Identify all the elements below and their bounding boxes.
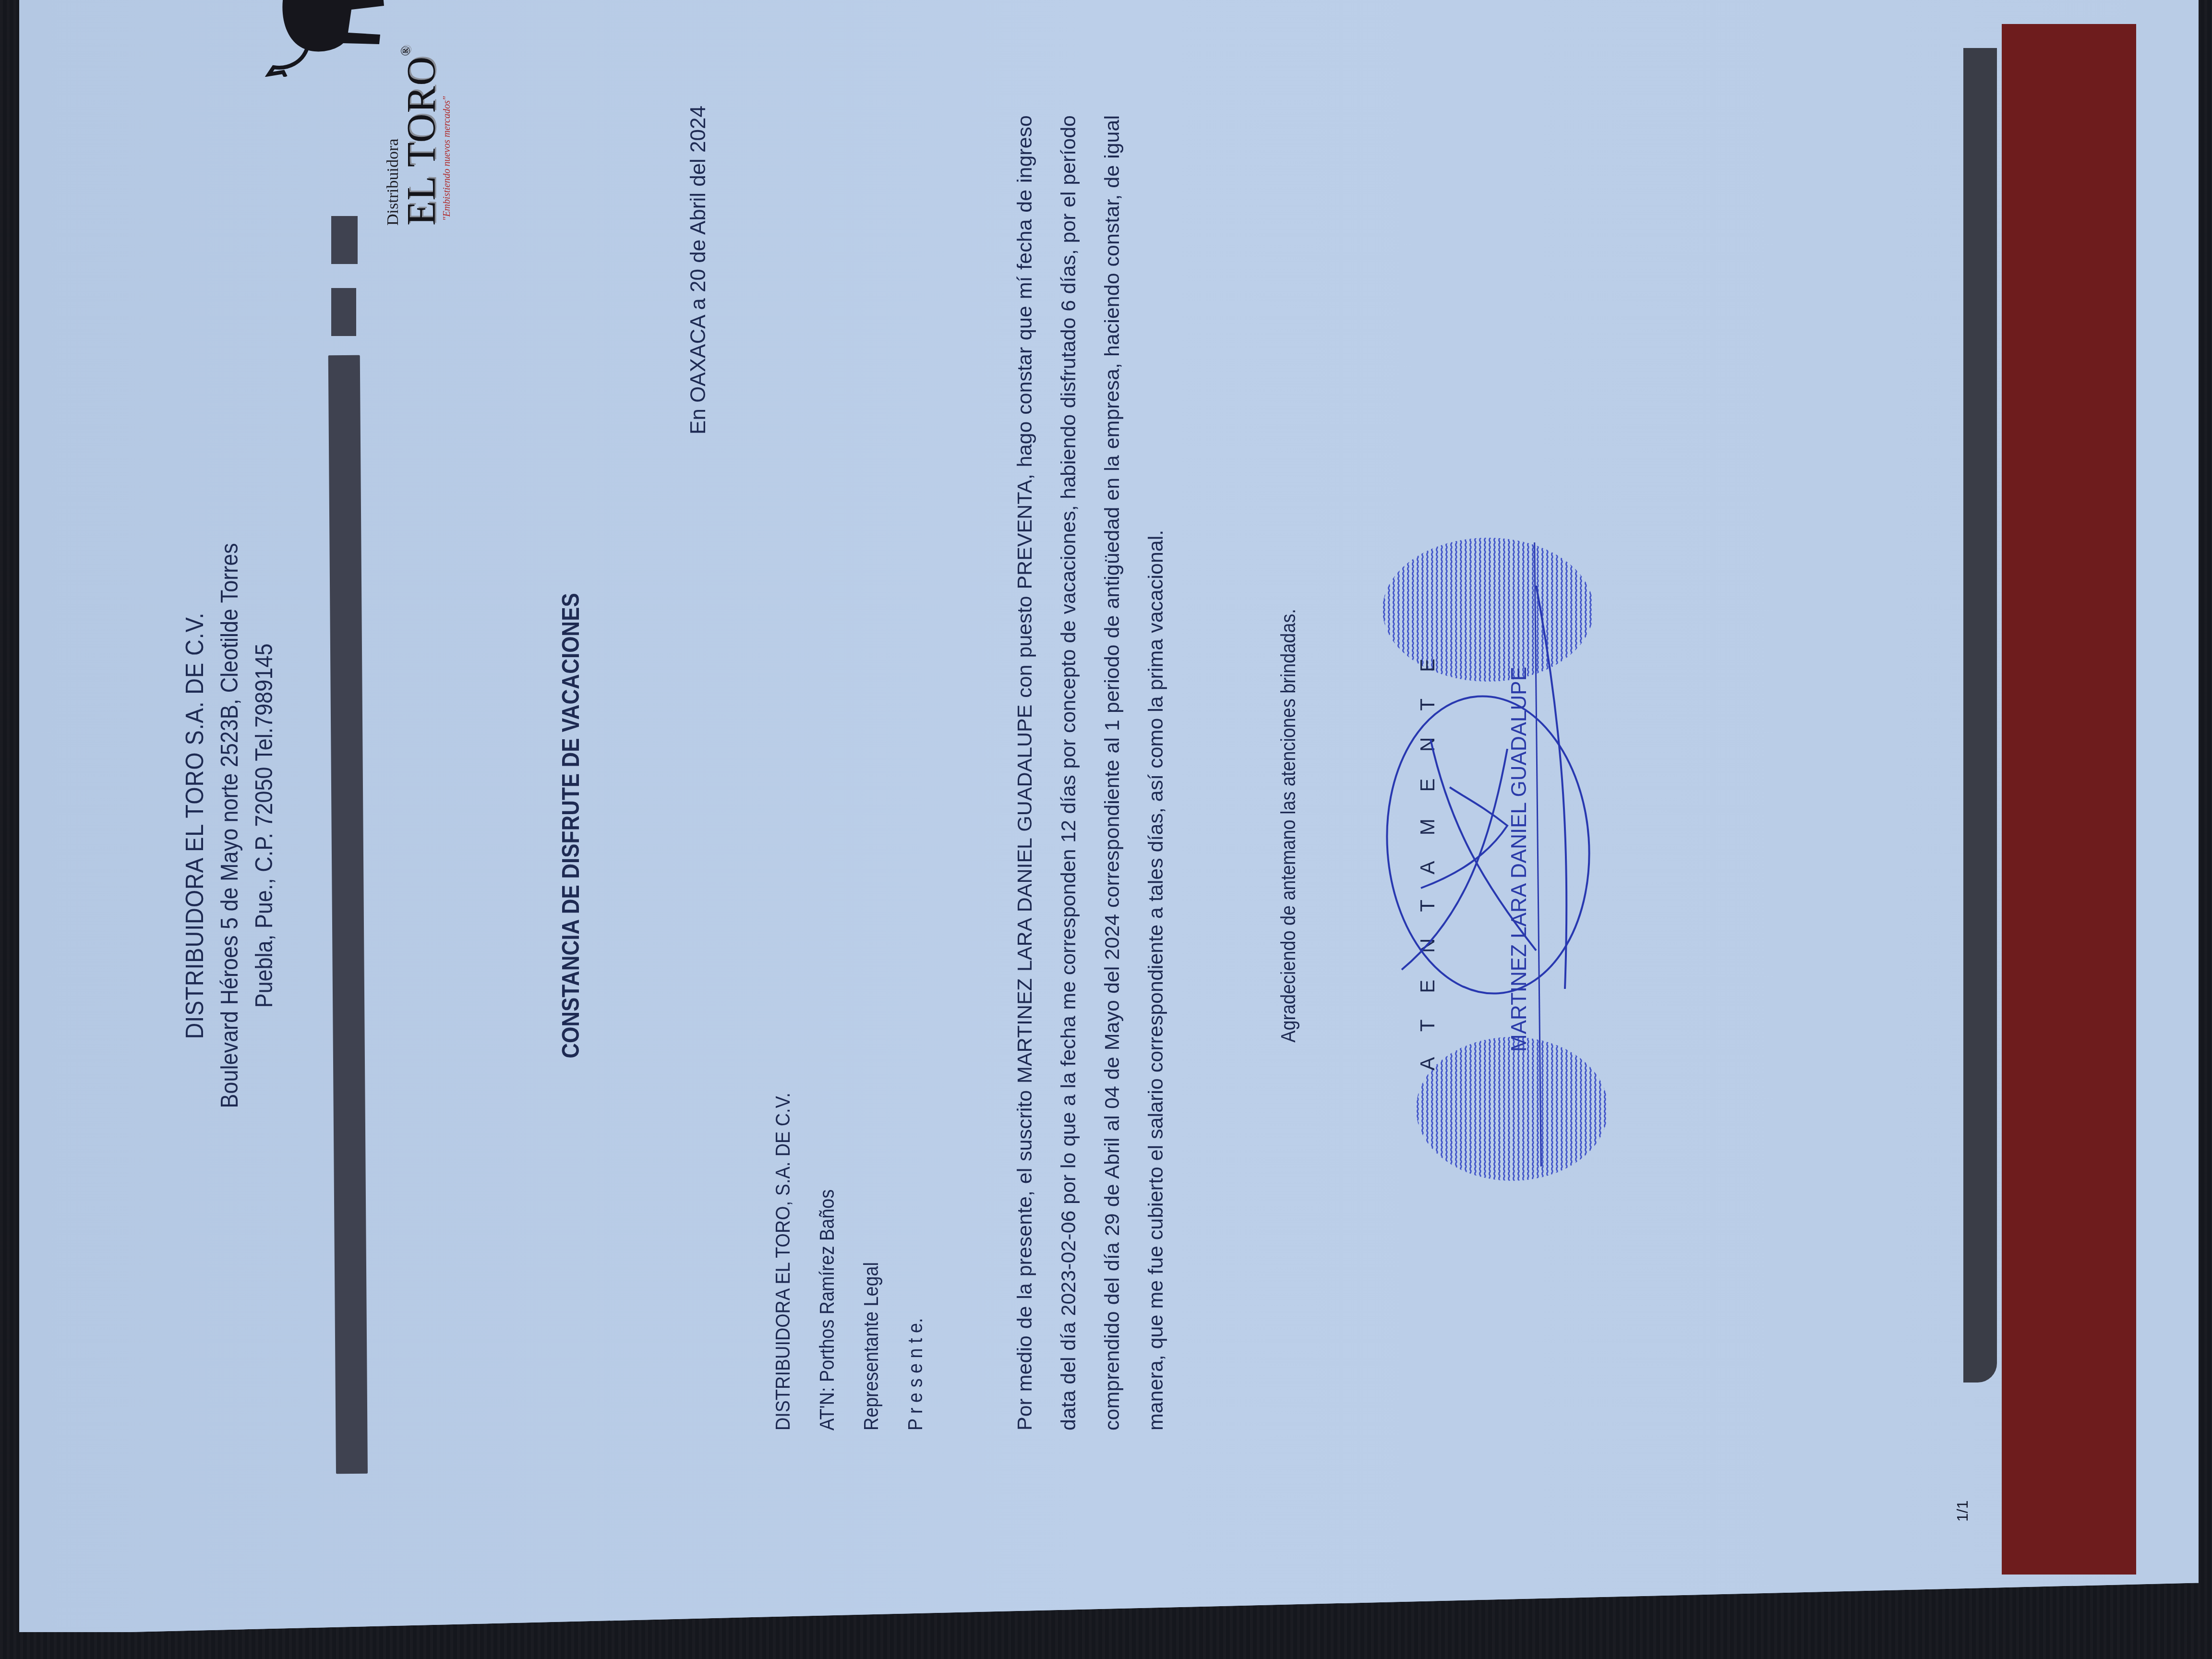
- registered-mark: ®: [398, 46, 413, 56]
- letterhead-bar-segment: [331, 288, 356, 336]
- document-title: CONSTANCIA DE DISFRUTE DE VACACIONES: [557, 116, 585, 1536]
- addressee-attention: AT'N: Porthos Ramírez Baños: [805, 1093, 849, 1431]
- letterhead-address-line2: Puebla, Pue., C.P. 72050 Tel.7989145: [247, 100, 281, 1551]
- logo-brand: EL TORO®: [398, 46, 445, 226]
- bull-icon: [240, 0, 398, 77]
- document-page: DISTRIBUIDORA EL TORO S.A. DE C.V. Boule…: [19, 19, 2131, 1632]
- signature-block: A T E N T A M E N T E MARTINEZ LARA DANI…: [1363, 499, 1613, 1219]
- logo-brand-text: EL TORO: [399, 56, 444, 226]
- letterhead-company: DISTRIBUIDORA EL TORO S.A. DE C.V.: [178, 100, 212, 1551]
- handwritten-signature-icon: [1363, 499, 1613, 1219]
- addressee-company: DISTRIBUIDORA EL TORO, S.A. DE C.V.: [761, 1093, 805, 1431]
- letterhead-text: DISTRIBUIDORA EL TORO S.A. DE C.V. Boule…: [178, 100, 281, 1551]
- addressee-greeting: P r e s e n t e.: [893, 1093, 938, 1431]
- place-date: En OAXACA a 20 de Abril del 2024: [686, 106, 710, 434]
- company-logo: Distribuidora EL TORO® "Embistiendo nuev…: [269, 67, 461, 226]
- closing-line: Agradeciendo de antemano las atenciones …: [1277, 100, 1300, 1551]
- addressee-block: DISTRIBUIDORA EL TORO, S.A. DE C.V. AT'N…: [761, 1093, 938, 1431]
- addressee-role: Representante Legal: [849, 1093, 893, 1431]
- logo-tagline: "Embistiendo nuevos mercados": [442, 96, 453, 221]
- page-number: 1/1: [1954, 1501, 1972, 1522]
- footer-bar-dark: [1963, 48, 1997, 1382]
- letterhead-address-line1: Boulevard Héroes 5 de Mayo norte 2523B, …: [212, 100, 247, 1551]
- letterhead-bar: [328, 355, 368, 1474]
- footer-bar-red: [2002, 24, 2136, 1575]
- body-paragraph: Por medio de la presente, el suscrito MA…: [1003, 115, 1178, 1431]
- signer-name: MARTINEZ LARA DANIEL GUADALUPE: [1507, 499, 1531, 1219]
